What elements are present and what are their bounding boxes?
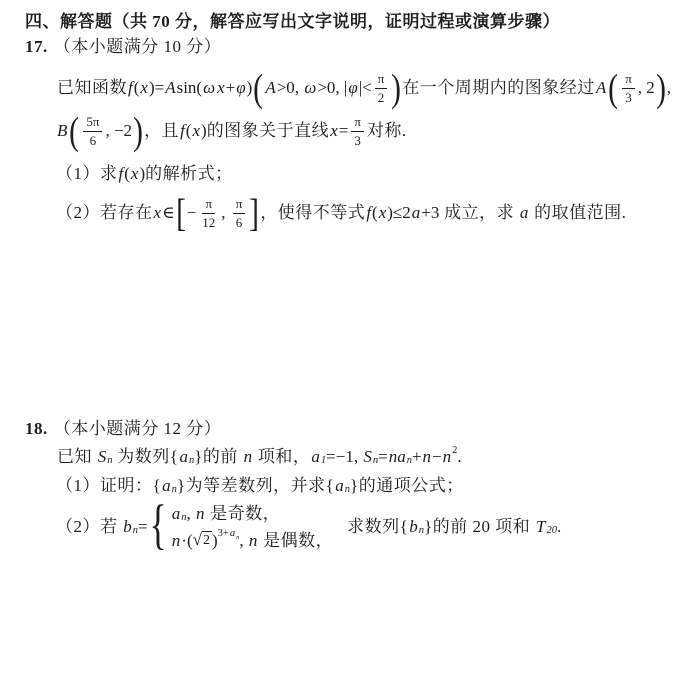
superscript: 3+an <box>218 529 240 540</box>
math-variable: n <box>171 530 182 551</box>
math-variable: S <box>97 446 108 467</box>
math-variable: x <box>329 120 339 141</box>
text-run: }的前 20 项和 <box>424 516 535 537</box>
math-roman: + <box>412 446 422 467</box>
text-run: 成立，求 <box>439 202 519 223</box>
math-roman: , <box>239 530 248 551</box>
math-variable: a <box>171 503 182 524</box>
math-variable: x <box>153 202 163 223</box>
cases-stack: an, n 是奇数，n·(√2)3+an, n 是偶数， <box>171 503 333 551</box>
math-roman: . <box>457 446 461 467</box>
text-run: 对称. <box>367 120 407 141</box>
subscript: n <box>407 456 412 467</box>
math-variable: a <box>519 202 530 223</box>
subscript: n <box>236 534 239 541</box>
math-variable: x <box>139 77 149 98</box>
math-roman: |< <box>359 77 372 98</box>
text-run: 为数列{ <box>113 446 179 467</box>
math-roman: +3 <box>421 202 439 223</box>
math-roman: , −2 <box>105 120 132 141</box>
denominator: 3 <box>351 132 364 148</box>
fraction: π6 <box>233 197 246 229</box>
superscript: 2 <box>452 446 457 457</box>
math-roman: − <box>187 202 197 223</box>
bold-text-run: 18. <box>25 418 48 439</box>
subscript: n <box>373 456 378 467</box>
square-root: √2 <box>193 531 212 550</box>
math-variable: x <box>191 120 201 141</box>
numerator: π <box>233 197 246 214</box>
math-roman: )= <box>149 77 164 98</box>
cases-row: n·(√2)3+an, n 是偶数， <box>171 530 333 551</box>
subscript: n <box>133 526 138 537</box>
delimiter: ( <box>253 71 263 104</box>
text-run: 项和， <box>253 446 310 467</box>
math-roman: sin( <box>177 77 203 98</box>
bold-text-run: 17. <box>25 36 48 57</box>
delimiter: ] <box>249 196 259 229</box>
math-roman: =−1, <box>326 446 362 467</box>
subscript: 20 <box>546 526 557 537</box>
denominator: 6 <box>87 132 100 148</box>
math-variable: na <box>388 446 407 467</box>
subscript: n <box>419 526 424 537</box>
fraction: π3 <box>622 72 635 104</box>
math-variable: A <box>595 77 607 98</box>
math-roman: ·( <box>181 530 192 551</box>
problem-17-header: 17.（本小题满分 10 分） <box>25 36 221 57</box>
math-roman: , <box>187 503 196 524</box>
text-run: 的解析式； <box>145 163 233 184</box>
math-variable: ω <box>303 77 317 98</box>
math-variable: x <box>216 77 226 98</box>
subscript: n <box>107 456 112 467</box>
problem-17-given-function: 已知函数f(x)=Asin(ωx+φ)(A>0, ω>0, |φ|<π2)在一个… <box>57 66 671 110</box>
subscript: n <box>172 485 177 496</box>
delimiter: ) <box>133 114 143 147</box>
delimiter: ( <box>608 71 618 104</box>
math-roman: ∈ <box>162 202 175 223</box>
text-run: }的前 <box>194 446 242 467</box>
text-run: }为等差数列，并求{ <box>177 475 334 496</box>
text-run: （1）证明：{ <box>56 475 161 496</box>
subscript: n <box>345 485 350 496</box>
numerator: 5π <box>83 115 102 132</box>
problem-17-part-1: （1）求f(x)的解析式； <box>56 163 233 184</box>
numerator: π <box>202 197 215 214</box>
delimiter: ( <box>69 114 79 147</box>
delimiter: [ <box>176 196 186 229</box>
denominator: 3 <box>622 89 635 105</box>
text-run: 已知函数 <box>57 77 127 98</box>
text-run: 是偶数， <box>258 530 333 551</box>
math-variable: n <box>243 446 254 467</box>
text-run: }的通项公式； <box>350 475 464 496</box>
text-run: （2）若 <box>56 516 122 537</box>
text-run: 的图象关于直线 <box>207 120 330 141</box>
radicand: 2 <box>202 531 212 549</box>
math-roman: >0, | <box>317 77 347 98</box>
text-run: （1）求 <box>56 163 118 184</box>
math-variable: S <box>362 446 373 467</box>
math-variable: n <box>422 446 433 467</box>
text-run: （本小题满分 10 分） <box>54 36 222 57</box>
denominator: 12 <box>199 214 218 230</box>
section-header: 四、解答题（共 70 分，解答应写出文字说明，证明过程或演算步骤） <box>25 11 560 32</box>
math-roman: >0, <box>277 77 304 98</box>
math-variable: a <box>310 446 321 467</box>
math-variable: x <box>130 163 140 184</box>
left-brace: { <box>149 504 166 550</box>
math-roman: = <box>138 516 148 537</box>
math-variable: n <box>195 503 206 524</box>
fraction: π12 <box>199 197 218 229</box>
math-roman: , <box>221 202 230 223</box>
math-variable: f <box>118 163 125 184</box>
math-roman: 3+ <box>218 528 229 539</box>
text-run: ，且 <box>144 120 179 141</box>
denominator: 6 <box>233 214 246 230</box>
cases-row: an, n 是奇数， <box>171 503 333 524</box>
math-variable: B <box>56 120 68 141</box>
math-variable: ω <box>202 77 216 98</box>
delimiter: ) <box>656 71 666 104</box>
math-variable: f <box>127 77 134 98</box>
math-variable: φ <box>235 77 246 98</box>
math-variable: a <box>178 446 189 467</box>
fraction: 5π6 <box>83 115 102 147</box>
math-variable: b <box>408 516 419 537</box>
text-run: 的取值范围. <box>529 202 626 223</box>
subscript: 1 <box>321 456 326 467</box>
problem-18-part-1: （1）证明：{an}为等差数列，并求{an}的通项公式； <box>56 475 464 496</box>
math-variable: f <box>365 202 372 223</box>
math-variable: n <box>248 530 259 551</box>
math-roman: . <box>557 516 561 537</box>
math-variable: a <box>411 202 422 223</box>
math-variable: b <box>122 516 133 537</box>
problem-17-symmetry-condition: B(5π6, −2)，且f(x)的图象关于直线x=π3对称. <box>56 110 407 152</box>
math-variable: f <box>179 120 186 141</box>
bold-text-run: 四、解答题 <box>25 11 113 32</box>
math-roman: ) <box>247 77 253 98</box>
math-variable: x <box>378 202 388 223</box>
math-roman: − <box>432 446 442 467</box>
problem-18-header: 18.（本小题满分 12 分） <box>25 418 221 439</box>
numerator: π <box>375 72 388 89</box>
denominator: 2 <box>375 89 388 105</box>
subscript: n <box>181 513 186 524</box>
math-variable: a <box>161 475 172 496</box>
problem-18-given-sequence: 已知 Sn 为数列{an}的前 n 项和，a1=−1, Sn=nan+n−n2. <box>57 444 462 470</box>
fraction: π3 <box>351 115 364 147</box>
text-run: 求数列{ <box>347 516 408 537</box>
text-run: （2）若存在 <box>56 202 153 223</box>
radical-sign: √ <box>193 531 202 548</box>
delimiter: ) <box>391 71 401 104</box>
fraction: π2 <box>375 72 388 104</box>
text-run: ，使得不等式 <box>260 202 365 223</box>
math-roman: , 2 <box>638 77 655 98</box>
exam-paper-page: 四、解答题（共 70 分，解答应写出文字说明，证明过程或演算步骤） 17.（本小… <box>0 0 692 699</box>
math-roman: , <box>667 77 671 98</box>
bold-text-run: （共 70 分，解答应写出文字说明，证明过程或演算步骤） <box>113 11 561 32</box>
math-roman: )≤2 <box>387 202 411 223</box>
numerator: π <box>622 72 635 89</box>
math-variable: A <box>164 77 176 98</box>
math-variable: φ <box>347 77 358 98</box>
problem-17-part-2: （2）若存在x∈[−π12, π6]，使得不等式f(x)≤2a+3 成立，求 a… <box>56 193 626 233</box>
text-run: 已知 <box>57 446 97 467</box>
math-roman: = <box>378 446 388 467</box>
math-roman: + <box>226 77 236 98</box>
problem-18-part-2: （2）若 bn={an, n 是奇数，n·(√2)3+an, n 是偶数，求数列… <box>56 501 561 553</box>
math-variable: a <box>334 475 345 496</box>
math-variable: n <box>442 446 453 467</box>
numerator: π <box>351 115 364 132</box>
math-roman: = <box>339 120 349 141</box>
math-variable: A <box>264 77 276 98</box>
subscript: n <box>189 456 194 467</box>
text-run: 是奇数， <box>206 503 281 524</box>
piecewise-cases: {an, n 是奇数，n·(√2)3+an, n 是偶数， <box>148 503 334 551</box>
text-run: 在一个周期内的图象经过 <box>402 77 595 98</box>
text-run: （本小题满分 12 分） <box>54 418 222 439</box>
math-variable: T <box>535 516 546 537</box>
